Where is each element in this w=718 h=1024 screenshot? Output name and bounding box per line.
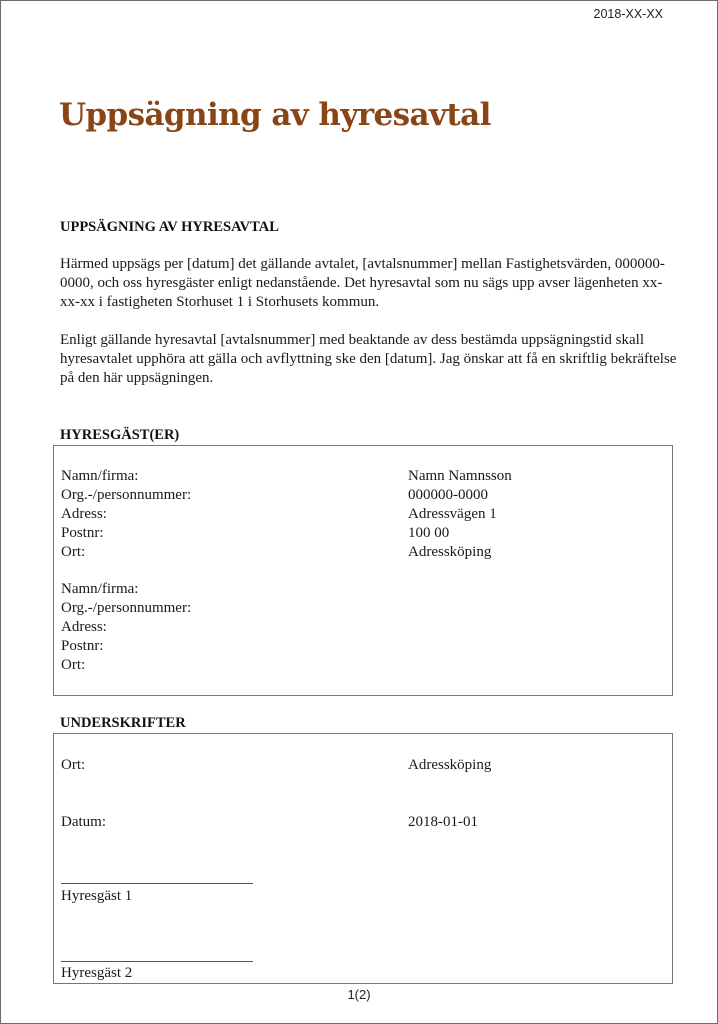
tenant-1-id-row: Org.-/personnummer: 000000-0000 bbox=[61, 486, 661, 505]
signature-date-row: Datum: 2018-01-01 bbox=[61, 813, 661, 832]
field-label: Namn/firma: bbox=[61, 580, 138, 599]
section-heading-termination: UPPSÄGNING AV HYRESAVTAL bbox=[60, 219, 279, 236]
tenant-2-address-row: Adress: bbox=[61, 618, 661, 637]
section-heading-signatures: UNDERSKRIFTER bbox=[60, 715, 186, 732]
document-page: 2018-XX-XX Uppsägning av hyresavtal UPPS… bbox=[0, 0, 718, 1024]
field-label: Org.-/personnummer: bbox=[61, 599, 191, 618]
tenant-1-postcode-row: Postnr: 100 00 bbox=[61, 524, 661, 543]
field-label: Adress: bbox=[61, 618, 107, 637]
field-label: Org.-/personnummer: bbox=[61, 486, 191, 505]
paragraph-termination-notice: Härmed uppsägs per [datum] det gällande … bbox=[60, 255, 680, 312]
field-label: Postnr: bbox=[61, 524, 104, 543]
tenant-2-name-row: Namn/firma: bbox=[61, 580, 661, 599]
tenant-2-postcode-row: Postnr: bbox=[61, 637, 661, 656]
tenant-2-id-row: Org.-/personnummer: bbox=[61, 599, 661, 618]
field-value[interactable]: 100 00 bbox=[408, 524, 449, 543]
field-value[interactable]: Adressvägen 1 bbox=[408, 505, 497, 524]
signature-line-1[interactable] bbox=[61, 883, 253, 884]
header-date: 2018-XX-XX bbox=[594, 7, 663, 21]
field-label: Ort: bbox=[61, 543, 85, 562]
signature-line-2[interactable] bbox=[61, 961, 253, 962]
tenant-1-address-row: Adress: Adressvägen 1 bbox=[61, 505, 661, 524]
signer-label-2: Hyresgäst 2 bbox=[61, 964, 132, 983]
field-value[interactable]: Adressköping bbox=[408, 543, 491, 562]
field-label: Ort: bbox=[61, 656, 85, 675]
signatures-box: Ort: Adressköping Datum: 2018-01-01 Hyre… bbox=[53, 733, 673, 984]
tenant-2-city-row: Ort: bbox=[61, 656, 661, 675]
tenant-1-name-row: Namn/firma: Namn Namnsson bbox=[61, 467, 661, 486]
field-value[interactable]: Adressköping bbox=[408, 756, 491, 775]
signature-place-row: Ort: Adressköping bbox=[61, 756, 661, 775]
field-value[interactable]: 000000-0000 bbox=[408, 486, 488, 505]
document-title: Uppsägning av hyresavtal bbox=[59, 97, 491, 133]
field-label: Adress: bbox=[61, 505, 107, 524]
field-label: Postnr: bbox=[61, 637, 104, 656]
section-heading-tenants: HYRESGÄST(ER) bbox=[60, 427, 179, 444]
signer-label-1: Hyresgäst 1 bbox=[61, 887, 132, 906]
paragraph-termination-terms: Enligt gällande hyresavtal [avtalsnummer… bbox=[60, 331, 680, 388]
tenant-1-city-row: Ort: Adressköping bbox=[61, 543, 661, 562]
field-label: Datum: bbox=[61, 813, 106, 832]
field-label: Namn/firma: bbox=[61, 467, 138, 486]
tenants-box: Namn/firma: Namn Namnsson Org.-/personnu… bbox=[53, 445, 673, 696]
field-value[interactable]: 2018-01-01 bbox=[408, 813, 478, 832]
field-value[interactable]: Namn Namnsson bbox=[408, 467, 512, 486]
page-number: 1(2) bbox=[1, 987, 717, 1002]
field-label: Ort: bbox=[61, 756, 85, 775]
